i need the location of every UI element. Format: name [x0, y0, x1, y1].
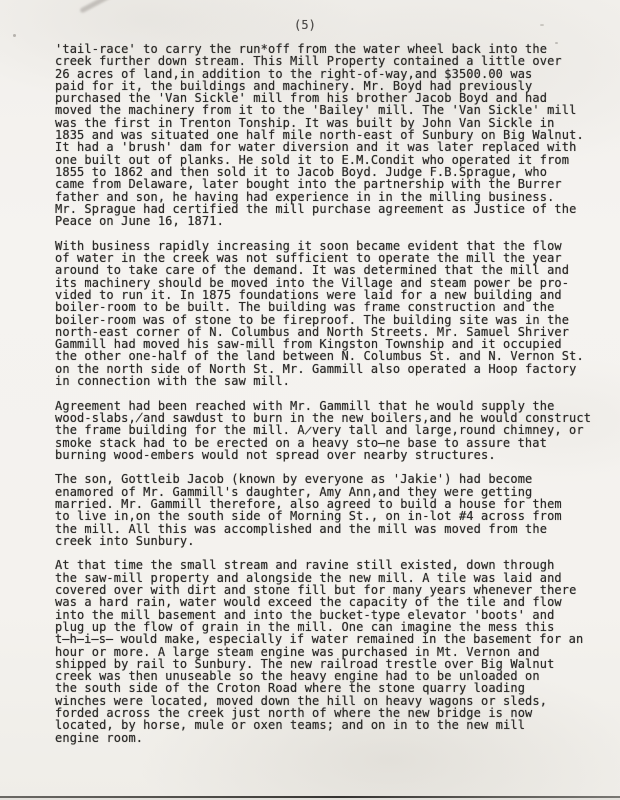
- paragraph-tail-race: 'tail-race' to carry the run*off from th…: [55, 43, 600, 227]
- paragraph-agreement-gammill: Agreement had been reached with Mr. Gamm…: [55, 400, 600, 461]
- document-page: (5) 'tail-race' to carry the run*off fro…: [0, 0, 620, 800]
- scan-speck: [13, 34, 16, 37]
- document-body: 'tail-race' to carry the run*off from th…: [55, 43, 600, 756]
- page-number: (5): [55, 18, 555, 32]
- paragraph-son-gottleib: The son, Gottleib Jacob (known by everyo…: [55, 473, 600, 547]
- scan-smudge: [79, 0, 118, 14]
- paragraph-small-stream: At that time the small stream and ravine…: [55, 559, 600, 743]
- paragraph-business-increasing: With business rapidly increasing it soon…: [55, 240, 600, 388]
